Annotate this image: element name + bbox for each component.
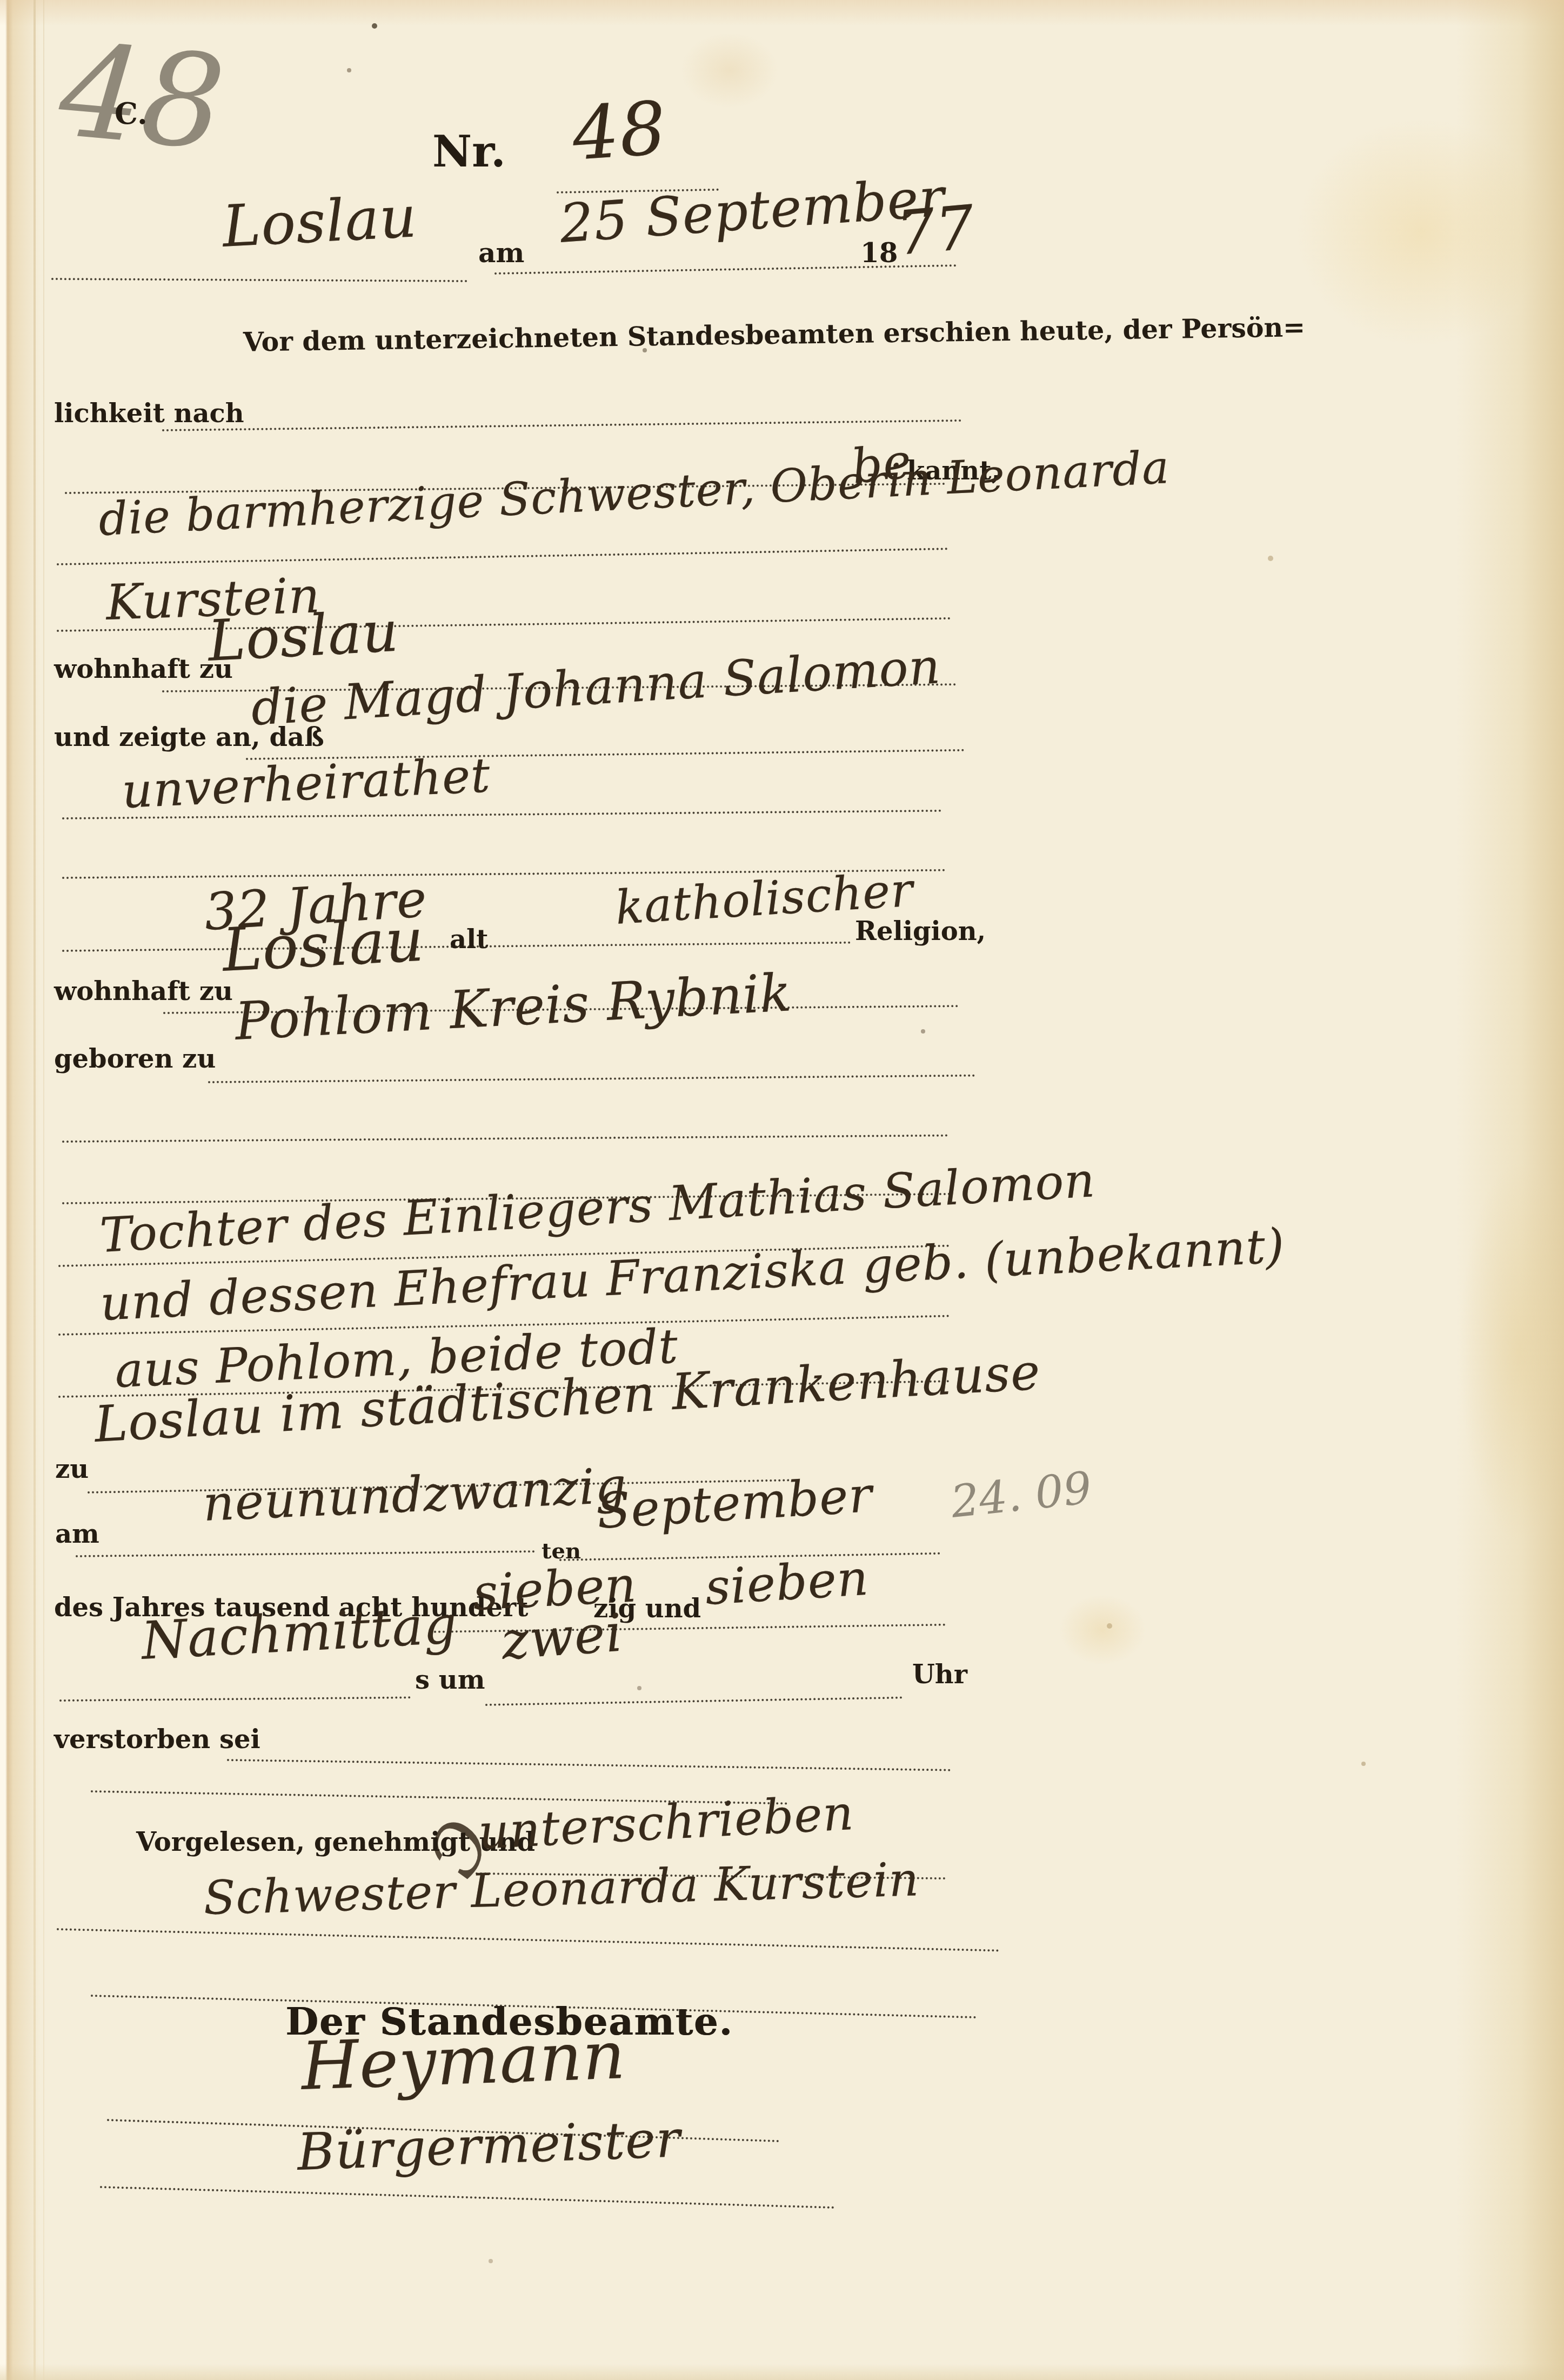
record-number-label: Nr. (432, 126, 506, 177)
zu-label: zu (55, 1454, 89, 1484)
dotted-line (494, 263, 957, 275)
unterschrieben-written: unterschrieben (477, 1785, 855, 1860)
registrar-signature: Heymann (300, 2017, 627, 2105)
declarant-name-line1: die barmherzige Schwester, Oberin Leonar… (97, 441, 1171, 546)
dotted-line (57, 546, 948, 565)
dotted-line (57, 1927, 1000, 1952)
section-letter: C. (115, 96, 148, 131)
wohnhaft-label-1: wohnhaft zu (54, 654, 233, 684)
dotted-line (100, 2185, 835, 2209)
paper-stain (681, 32, 778, 108)
registrar-role: Bürgermeister (296, 2110, 681, 2182)
declarant-signature: Schwester Leonarda Kurstein (203, 1852, 920, 1925)
geboren-label: geboren zu (54, 1044, 216, 1074)
alt-label: alt (450, 924, 489, 955)
form-intro-line1: Vor dem unterzeichneten Standesbeamten e… (243, 311, 1306, 357)
am-label-2: am (55, 1519, 99, 1549)
dotted-line (162, 418, 962, 431)
death-month: September (596, 1466, 874, 1540)
death-register-page: 48 C. Nr. 48 Loslau am 25 September 18 7… (0, 0, 1564, 2380)
dotted-line (227, 1758, 951, 1771)
religion-label: Religion, (855, 916, 986, 946)
paper-stain (1059, 1595, 1146, 1665)
paper-stain (1297, 119, 1546, 346)
deceased-residence: Loslau (220, 905, 426, 985)
dotted-line (208, 1074, 975, 1083)
s-um-label: s um (415, 1665, 485, 1695)
dotted-line (51, 277, 467, 282)
form-intro-line2: lichkeit nach (54, 398, 244, 429)
declarant-residence: Loslau (206, 598, 400, 674)
dotted-line (59, 1695, 411, 1702)
record-number-value: 48 (570, 85, 669, 177)
death-hour: zwei (499, 1603, 625, 1671)
year-written-suffix: 77 (894, 192, 978, 269)
registry-place-value: Loslau (221, 183, 419, 260)
uhr-label: Uhr (912, 1659, 967, 1690)
am-label: am (478, 237, 524, 269)
wohnhaft-label-2: wohnhaft zu (54, 976, 233, 1006)
year-written-2: sieben (704, 1550, 871, 1616)
dotted-line (62, 1134, 948, 1143)
deceased-marital-status: unverheirathet (121, 747, 492, 819)
page-fold-line (43, 0, 44, 2380)
page-fold-line (34, 0, 36, 2380)
dotted-line (485, 1696, 903, 1706)
pencil-date-note: 24. 09 (948, 1462, 1094, 1528)
paper-stain (1459, 1162, 1564, 1541)
death-day: neunundzwanzig (202, 1457, 627, 1532)
dotted-line (76, 1549, 535, 1557)
vorgelesen-label: Vorgelesen, genehmigt und (136, 1827, 535, 1857)
ink-speck (0, 0, 3, 3)
verstorben-label: verstorben sei (54, 1724, 260, 1755)
